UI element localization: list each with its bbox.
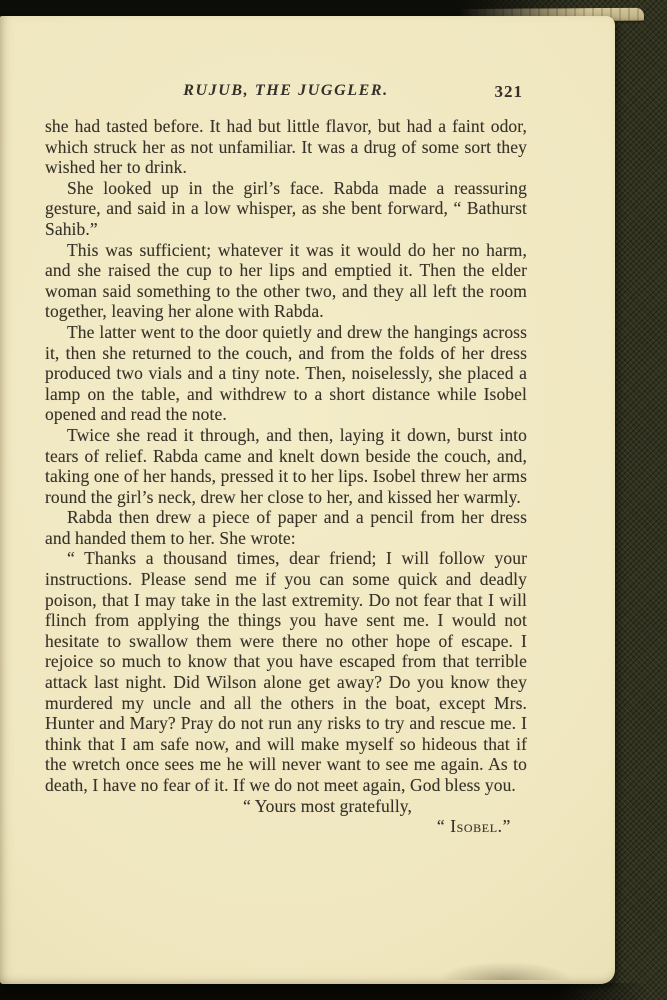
text-block: she had tasted before. It had but little… — [45, 116, 527, 837]
cover-shadow-bottom — [0, 983, 648, 1000]
page-edge-right — [614, 20, 640, 982]
page-number: 321 — [495, 82, 524, 102]
cover-shadow-top — [0, 0, 588, 17]
running-head: RUJUB, THE JUGGLER. 321 — [45, 82, 527, 104]
body-paragraph: Rabda then drew a piece of paper and a p… — [45, 507, 527, 548]
body-paragraph: Twice she read it through, and then, lay… — [45, 425, 527, 507]
letter-signature: “ Isobel.” — [45, 816, 527, 837]
body-paragraph: She looked up in the girl’s face. Rabda … — [45, 178, 527, 240]
body-paragraph: The latter went to the door quietly and … — [45, 322, 527, 425]
letter-paragraph: “ Thanks a thousand times, dear friend; … — [45, 548, 527, 795]
body-paragraph: This was sufficient; whatever it was it … — [45, 240, 527, 322]
body-paragraph: she had tasted before. It had but little… — [45, 116, 527, 178]
book-page: RUJUB, THE JUGGLER. 321 she had tasted b… — [0, 16, 615, 984]
letter-signoff: “ Yours most gratefully, — [45, 796, 527, 817]
page-content: RUJUB, THE JUGGLER. 321 she had tasted b… — [45, 16, 527, 984]
book-photo: RUJUB, THE JUGGLER. 321 she had tasted b… — [0, 0, 667, 1000]
running-title: RUJUB, THE JUGGLER. — [45, 82, 527, 100]
